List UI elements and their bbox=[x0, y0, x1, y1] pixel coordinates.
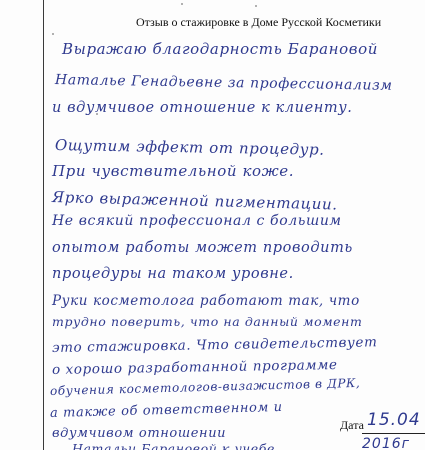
date-value: 15.04 bbox=[367, 410, 421, 430]
handwritten-line: Выражаю благодарность Барановой bbox=[62, 40, 378, 58]
handwritten-line: Натальи Барановой к учебе. bbox=[72, 441, 280, 450]
date-label: Дата bbox=[340, 418, 364, 433]
scan-speck bbox=[255, 5, 257, 7]
handwritten-line: вдумчивом отношении bbox=[52, 426, 226, 441]
date-underline bbox=[362, 433, 425, 434]
handwritten-line: Не всякий профессионал с большим bbox=[52, 213, 342, 229]
scan-speck bbox=[181, 3, 183, 5]
margin-line bbox=[43, 0, 44, 450]
scan-speck bbox=[52, 33, 54, 35]
handwritten-line: Ярко выраженной пигментации. bbox=[52, 188, 338, 213]
handwritten-line: При чувствительной коже. bbox=[52, 162, 294, 180]
handwritten-line: трудно поверить, что на данный момент bbox=[52, 314, 362, 329]
scanned-page: Отзыв о стажировке в Доме Русской Космет… bbox=[0, 0, 425, 450]
handwritten-line: опытом работы может проводить bbox=[52, 240, 353, 256]
handwritten-line: а также об ответственном и bbox=[50, 400, 283, 421]
document-title: Отзыв о стажировке в Доме Русской Космет… bbox=[136, 15, 381, 30]
handwritten-line: обучения косметологов-визажистов в ДРК, bbox=[50, 376, 361, 398]
handwritten-line: Ощутим эффект от процедур. bbox=[55, 136, 325, 159]
handwritten-line: о хорошо разработанной программе bbox=[52, 357, 338, 378]
handwritten-line: Наталье Генадьевне за профессионализм bbox=[55, 72, 393, 94]
handwritten-line: процедуры на таком уровне. bbox=[52, 266, 294, 282]
scan-speck bbox=[96, 113, 98, 115]
handwritten-line: Руки косметолога работают так, что bbox=[52, 293, 360, 309]
handwritten-line: это стажировка. Что свидетельствует bbox=[52, 334, 378, 356]
year-value: 2016г bbox=[362, 436, 410, 450]
